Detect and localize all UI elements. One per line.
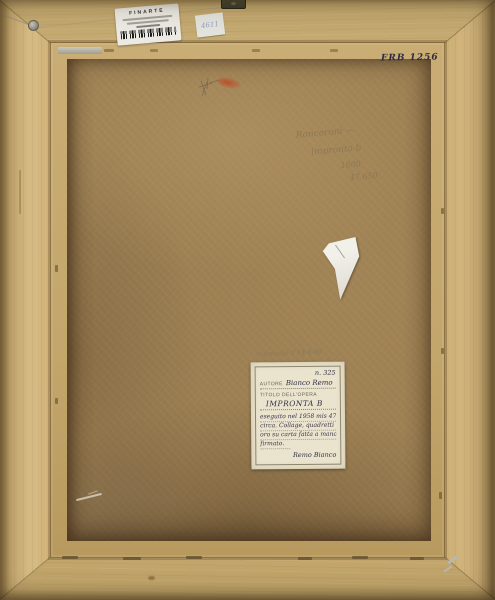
hanging-bracket: [221, 0, 246, 9]
authentication-label: n. 325 Autore Bianco Remo Titolo dell'op…: [251, 362, 346, 470]
framed-artwork-verso-photo: FINARTE 4611 FRB 1256 Roncoroni — impron…: [0, 0, 495, 600]
cert-body-line: firmato.: [260, 440, 290, 449]
fastener-slot: [352, 556, 368, 559]
fastener-mark: [439, 492, 442, 499]
pencil-line: 1800: [340, 159, 361, 170]
cert-number: n. 325: [260, 369, 336, 378]
torn-paper: [322, 237, 360, 301]
pencil-inscription: Roncoroni — impronta b 1800 47.650: [295, 121, 410, 194]
nail-head: [28, 20, 39, 31]
inventory-sticker: 4611: [195, 12, 225, 37]
cert-title-value: IMPRONTA B: [260, 398, 336, 411]
fastener-slot: [150, 49, 158, 52]
fastener-slot: [62, 556, 78, 559]
barcode: [121, 27, 177, 40]
cert-author-field-label: Autore: [260, 381, 283, 387]
torn-label-remnant: [322, 237, 360, 301]
strainer-ring: [50, 42, 445, 558]
fastener-slot: [186, 556, 202, 559]
wood-grain-streak: [19, 170, 21, 214]
wood-knot: [148, 576, 155, 580]
fastener-slot: [123, 557, 141, 560]
metal-clip: [58, 47, 102, 54]
fastener-slot: [298, 557, 312, 560]
cert-signature: Remo Bianco: [260, 451, 336, 460]
pencil-line: 47.650: [349, 171, 378, 182]
inventory-sticker-number: 4611: [201, 20, 220, 30]
authentication-label-border: n. 325 Autore Bianco Remo Titolo dell'op…: [255, 366, 342, 466]
fastener-slot: [252, 49, 260, 52]
pencil-scribble: [196, 74, 220, 100]
cert-author-row: Autore Bianco Remo: [260, 379, 336, 390]
fastener-slot: [410, 557, 424, 560]
cert-body-line: oro su carta fatta a mano: [260, 431, 336, 441]
fastener-mark: [441, 348, 444, 354]
fastener-mark: [55, 265, 58, 272]
pencil-line: impronta b: [311, 143, 362, 157]
auction-barcode-label: FINARTE: [115, 3, 182, 45]
frame-inventory-mark: FRB 1256: [381, 52, 439, 63]
fastener-mark: [441, 208, 444, 214]
cert-author-value: Bianco Remo: [286, 379, 333, 387]
fastener-mark: [55, 398, 58, 404]
fastener-slot: [330, 49, 338, 52]
fastener-slot: [104, 49, 114, 52]
